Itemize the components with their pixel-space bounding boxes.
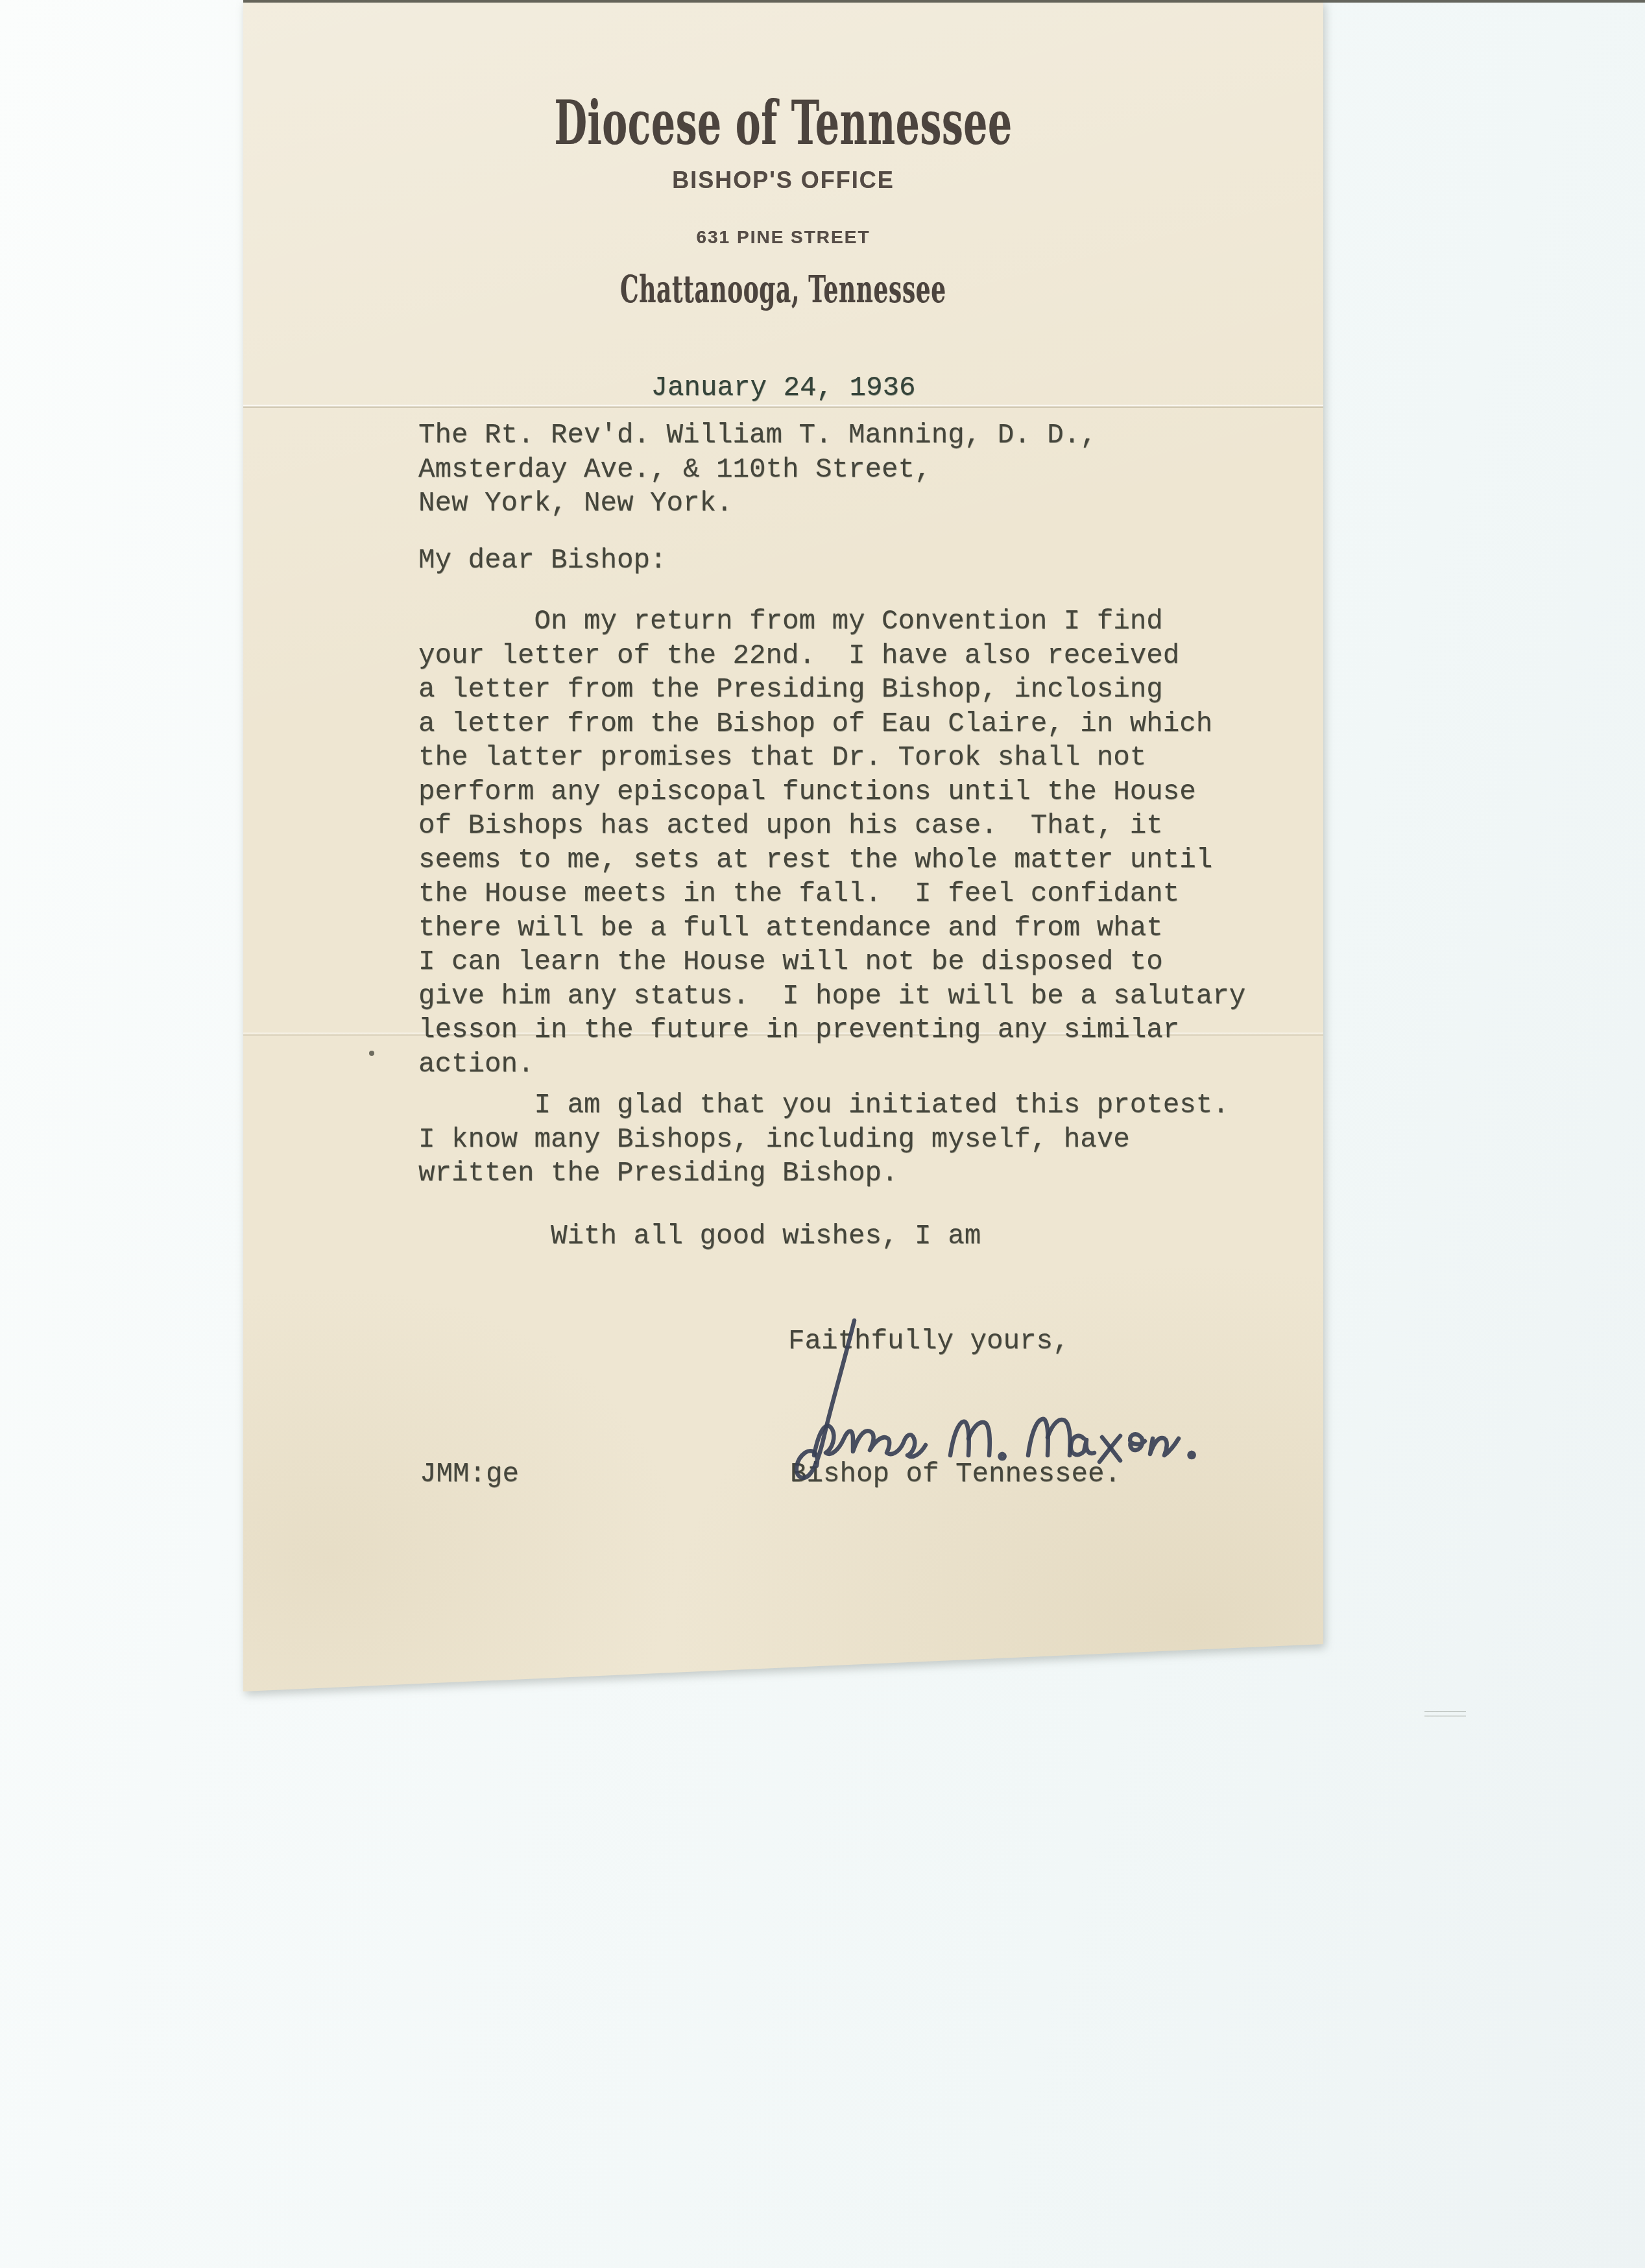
letterhead-organization: Diocese of Tennessee bbox=[243, 91, 1323, 156]
salutation: My dear Bishop: bbox=[418, 543, 667, 578]
body-paragraph-2: I am glad that you initiated this protes… bbox=[418, 1088, 1229, 1191]
scanner-edge-artifact bbox=[243, 0, 1645, 3]
letter-paper: Diocese of Tennessee BISHOP'S OFFICE 631… bbox=[243, 0, 1323, 1694]
body-paragraph-1: On my return from my Convention I find y… bbox=[418, 604, 1245, 1081]
letterhead-street: 631 PINE STREET bbox=[243, 227, 1323, 248]
signature-ink-strokes bbox=[697, 1318, 1229, 1512]
stray-ink-dot bbox=[369, 1051, 374, 1056]
letterhead-city: Chattanooga, Tennessee bbox=[243, 269, 1323, 311]
scanned-letter-page: Diocese of Tennessee BISHOP'S OFFICE 631… bbox=[0, 0, 1645, 2268]
handwritten-signature: James M. Maxon. bbox=[697, 1318, 1229, 1512]
letter-paper-shadow: Diocese of Tennessee BISHOP'S OFFICE 631… bbox=[243, 0, 1323, 1694]
fold-crease-top bbox=[243, 405, 1323, 409]
letterhead-office: BISHOP'S OFFICE bbox=[243, 167, 1323, 193]
closing-line: With all good wishes, I am bbox=[418, 1219, 981, 1254]
reference-initials: JMM:ge bbox=[420, 1457, 519, 1492]
letter-date: January 24, 1936 bbox=[243, 371, 1323, 405]
background-scuff-mark bbox=[1424, 1710, 1466, 1719]
recipient-address: The Rt. Rev'd. William T. Manning, D. D.… bbox=[418, 418, 1097, 521]
